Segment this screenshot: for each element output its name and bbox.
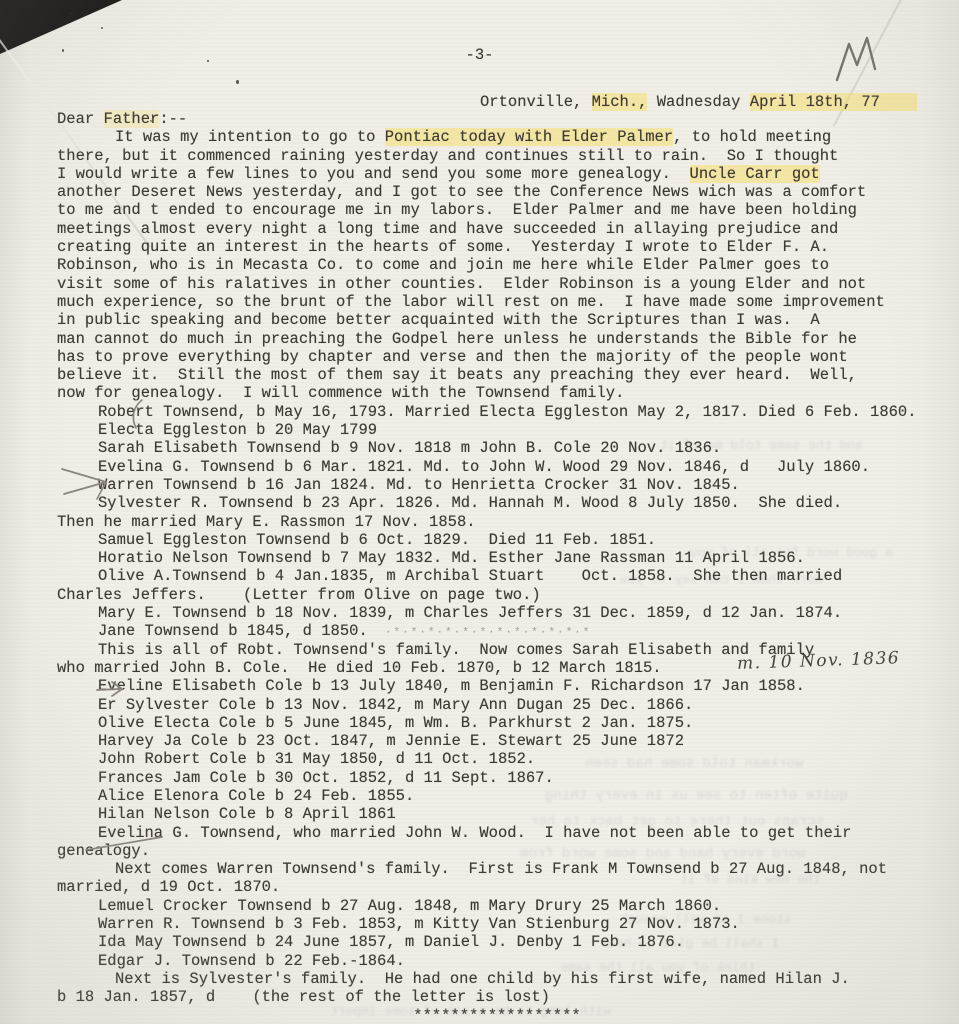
- text-run: Hilan Nelson Cole b 8 April 1861: [98, 805, 396, 823]
- scanned-letter-page: and the same told me of ita good word fo…: [0, 0, 959, 1024]
- text-run: It was my intention to go to: [115, 128, 385, 146]
- letter-line: Harvey Ja Cole b 23 Oct. 1847, m Jennie …: [57, 732, 937, 750]
- letter-line: in public speaking and become better acq…: [57, 311, 937, 329]
- text-run: Frances Jam Cole b 30 Oct. 1852, d 11 Se…: [98, 769, 554, 787]
- letter-line: Then he married Mary E. Rassmon 17 Nov. …: [57, 513, 937, 531]
- letter-line: Eveline Elisabeth Cole b 13 July 1840, m…: [57, 677, 937, 695]
- text-run: there, but it commenced raining yesterda…: [57, 147, 838, 165]
- text-run: Then he married Mary E. Rassmon 17 Nov. …: [57, 513, 476, 531]
- letter-line: married, d 19 Oct. 1870.: [57, 878, 937, 896]
- text-run: Ortonville,: [480, 93, 592, 111]
- letter-line: Er Sylvester Cole b 13 Nov. 1842, m Mary…: [57, 696, 937, 714]
- text-run: meetings almost every night a long time …: [57, 220, 838, 238]
- text-run: in public speaking and become better acq…: [57, 311, 820, 329]
- dateline: Ortonville, Mich., Wadnesday April 18th,…: [480, 93, 917, 111]
- letter-line: Jane Townsend b 1845, d 1850. ·*·*·*·*·*…: [57, 622, 937, 640]
- handwritten-paren-icon: [127, 398, 145, 430]
- text-run: Robinson, who is in Mecasta Co. to come …: [57, 256, 829, 274]
- text-run: Harvey Ja Cole b 23 Oct. 1847, m Jennie …: [98, 732, 684, 750]
- letter-line: Olive A.Townsend b 4 Jan.1835, m Archiba…: [57, 567, 937, 585]
- text-run: believe it. Still the most of them say i…: [57, 366, 857, 384]
- text-run: This is all of Robt. Townsend's family. …: [98, 641, 814, 659]
- letter-line: Samuel Eggleston Townsend b 6 Oct. 1829.…: [57, 531, 937, 549]
- faint-separator: ·*·*·*·*·*·*·*·*·*·*·*·*: [368, 627, 592, 639]
- text-run: Eveline Elisabeth Cole b 13 July 1840, m…: [98, 677, 805, 695]
- letter-line: I would write a few lines to you and sen…: [57, 165, 937, 183]
- text-run: Alice Elenora Cole b 24 Feb. 1855.: [98, 787, 414, 805]
- letter-line: much experience, so the brunt of the lab…: [57, 293, 937, 311]
- letter-line: visit some of his ralatives in other cou…: [57, 275, 937, 293]
- text-run: Samuel Eggleston Townsend b 6 Oct. 1829.…: [98, 531, 656, 549]
- letter-line: Mary E. Townsend b 18 Nov. 1839, m Charl…: [57, 604, 937, 622]
- letter-line: Edgar J. Townsend b 22 Feb.-1864.: [57, 952, 937, 970]
- text-run: ******************: [413, 1007, 580, 1024]
- text-run: Dear: [57, 110, 104, 128]
- letter-line: there, but it commenced raining yesterda…: [57, 147, 937, 165]
- letter-line: Dear Father:--: [57, 110, 937, 128]
- text-run: Ida May Townsend b 24 June 1857, m Danie…: [98, 933, 684, 951]
- highlighted-text: April 18th, 77: [750, 93, 917, 111]
- page-number: -3-: [0, 46, 959, 64]
- text-run: Evelina G. Townsend b 6 Mar. 1821. Md. t…: [98, 458, 870, 476]
- letter-line: now for genealogy. I will commence with …: [57, 384, 937, 402]
- handwritten-slash-icon: [84, 833, 166, 855]
- letter-line: man cannot do much in preaching the Godp…: [57, 330, 937, 348]
- letter-line: Next comes Warren Townsend's family. Fir…: [57, 860, 937, 878]
- letter-line: to me and t ended to encourage me in my …: [57, 201, 937, 219]
- text-run: Sarah Elisabeth Townsend b 9 Nov. 1818 m…: [98, 439, 721, 457]
- text-run: Sylvester R. Townsend b 23 Apr. 1826. Md…: [98, 494, 842, 512]
- letter-line: Sarah Elisabeth Townsend b 9 Nov. 1818 m…: [57, 439, 937, 457]
- highlighted-text: Uncle Carr got: [690, 165, 820, 183]
- text-run: Mary E. Townsend b 18 Nov. 1839, m Charl…: [98, 604, 842, 622]
- text-run: who married John B. Cole. He died 10 Feb…: [57, 659, 662, 677]
- text-run: Warren R. Townsend b 3 Feb. 1853, m Kitt…: [98, 915, 740, 933]
- letter-line: another Deseret News yesterday, and I go…: [57, 183, 937, 201]
- text-run: married, d 19 Oct. 1870.: [57, 878, 280, 896]
- letter-line: Robinson, who is in Mecasta Co. to come …: [57, 256, 937, 274]
- text-run: Er Sylvester Cole b 13 Nov. 1842, m Mary…: [98, 696, 693, 714]
- scan-speck: [101, 27, 103, 29]
- text-run: Jane Townsend b 1845, d 1850.: [98, 622, 368, 640]
- text-run: Olive Electa Cole b 5 June 1845, m Wm. B…: [98, 714, 693, 732]
- letter-line: believe it. Still the most of them say i…: [57, 366, 937, 384]
- letter-line: John Robert Cole b 31 May 1850, d 11 Oct…: [57, 750, 937, 768]
- text-run: Robert Townsend, b May 16, 1793. Married…: [98, 403, 917, 421]
- letter-line: has to prove everything by chapter and v…: [57, 348, 937, 366]
- text-run: much experience, so the brunt of the lab…: [57, 293, 885, 311]
- letter-line: creating quite an interest in the hearts…: [57, 238, 937, 256]
- text-run: John Robert Cole b 31 May 1850, d 11 Oct…: [98, 750, 535, 768]
- letter-line: Evelina G. Townsend, who married John W.…: [57, 824, 937, 842]
- text-run: Warren Townsend b 16 Jan 1824. Md. to He…: [98, 476, 740, 494]
- text-run: another Deseret News yesterday, and I go…: [57, 183, 866, 201]
- text-run: Olive A.Townsend b 4 Jan.1835, m Archiba…: [98, 567, 842, 585]
- highlighted-text: Pontiac today with Elder Palmer: [385, 128, 673, 146]
- letter-line: Ida May Townsend b 24 June 1857, m Danie…: [57, 933, 937, 951]
- highlighted-text: Mich.,: [592, 93, 648, 111]
- letter-line: ******************: [57, 1007, 937, 1024]
- letter-line: Electa Eggleston b 20 May 1799: [57, 421, 937, 439]
- text-run: b 18 Jan. 1857, d (the rest of the lette…: [57, 988, 550, 1006]
- handwritten-arrow-icon: [60, 464, 116, 504]
- letter-line: Frances Jam Cole b 30 Oct. 1852, d 11 Se…: [57, 769, 937, 787]
- text-run: to me and t ended to encourage me in my …: [57, 201, 857, 219]
- scan-speck: [70, 12, 73, 15]
- letter-line: Olive Electa Cole b 5 June 1845, m Wm. B…: [57, 714, 937, 732]
- letter-line: Evelina G. Townsend b 6 Mar. 1821. Md. t…: [57, 458, 937, 476]
- letter-line: Charles Jeffers. (Letter from Olive on p…: [57, 586, 937, 604]
- text-run: visit some of his ralatives in other cou…: [57, 275, 866, 293]
- handwritten-right-arrow-icon: [95, 679, 127, 699]
- text-run: Wadnesday: [647, 93, 749, 111]
- text-run: , to hold meeting: [673, 128, 831, 146]
- letter-line: Warren R. Townsend b 3 Feb. 1853, m Kitt…: [57, 915, 937, 933]
- text-run: man cannot do much in preaching the Godp…: [57, 330, 857, 348]
- letter-line: Sylvester R. Townsend b 23 Apr. 1826. Md…: [57, 494, 937, 512]
- letter-line: genealogy.: [57, 842, 937, 860]
- text-run: has to prove everything by chapter and v…: [57, 348, 848, 366]
- text-run: :--: [159, 110, 187, 128]
- letter-line: Hilan Nelson Cole b 8 April 1861: [57, 805, 937, 823]
- text-run: creating quite an interest in the hearts…: [57, 238, 829, 256]
- letter-line: meetings almost every night a long time …: [57, 220, 937, 238]
- letter-line: Alice Elenora Cole b 24 Feb. 1855.: [57, 787, 937, 805]
- handwritten-m-mark: [834, 34, 880, 84]
- letter-line: Warren Townsend b 16 Jan 1824. Md. to He…: [57, 476, 937, 494]
- letter-body: Dear Father:--It was my intention to go …: [57, 110, 937, 1024]
- letter-line: Lemuel Crocker Townsend b 27 Aug. 1848, …: [57, 897, 937, 915]
- letter-line: b 18 Jan. 1857, d (the rest of the lette…: [57, 988, 937, 1006]
- text-run: Lemuel Crocker Townsend b 27 Aug. 1848, …: [98, 897, 721, 915]
- text-run: Horatio Nelson Townsend b 7 May 1832. Md…: [98, 549, 805, 567]
- text-run: I would write a few lines to you and sen…: [57, 165, 690, 183]
- letter-line: It was my intention to go to Pontiac tod…: [57, 128, 937, 146]
- text-run: Next comes Warren Townsend's family. Fir…: [115, 860, 887, 878]
- scan-speck: [236, 80, 239, 84]
- letter-line: Next is Sylvester's family. He had one c…: [57, 970, 937, 988]
- letter-line: Horatio Nelson Townsend b 7 May 1832. Md…: [57, 549, 937, 567]
- highlighted-text: Father: [104, 110, 160, 128]
- text-run: Charles Jeffers. (Letter from Olive on p…: [57, 586, 541, 604]
- text-run: Evelina G. Townsend, who married John W.…: [98, 824, 851, 842]
- text-run: Edgar J. Townsend b 22 Feb.-1864.: [98, 952, 405, 970]
- letter-line: Robert Townsend, b May 16, 1793. Married…: [57, 403, 937, 421]
- text-run: Next is Sylvester's family. He had one c…: [115, 970, 850, 988]
